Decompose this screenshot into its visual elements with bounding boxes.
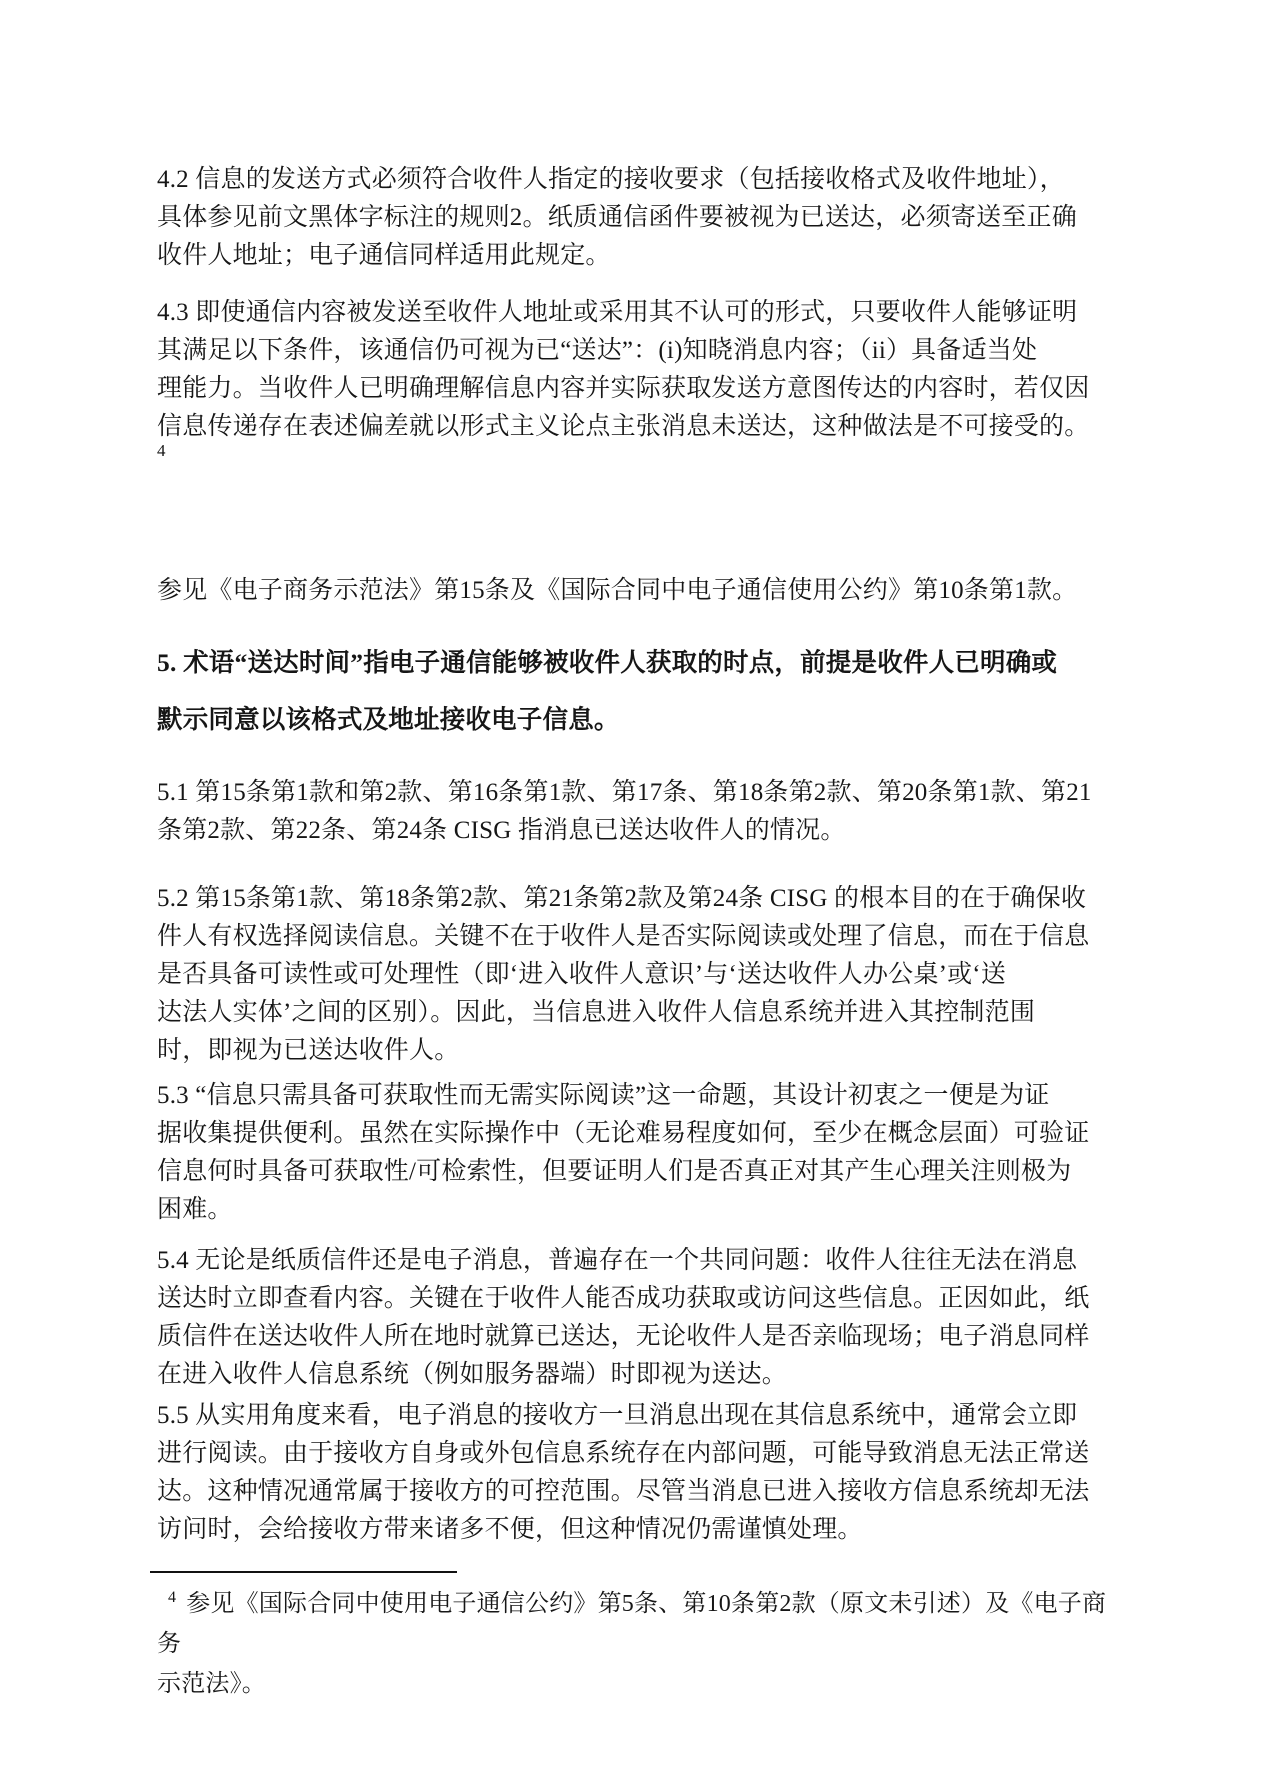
paragraph-4-3: 4.3 即使通信内容被发送至收件人地址或采用其不认可的形式，只要收件人能够证明 … [157, 294, 1115, 446]
paragraph-5-5: 5.5 从实用角度来看，电子消息的接收方一旦消息出现在其信息系统中，通常会立即 … [157, 1397, 1115, 1549]
footnote: 4参见《国际合同中使用电子通信公约》第5条、第10条第2款（原文未引述）及《电子… [157, 1584, 1115, 1704]
paragraph-5-4: 5.4 无论是纸质信件还是电子消息，普遍存在一个共同问题：收件人往往无法在消息 … [157, 1242, 1115, 1394]
footnote-separator [150, 1571, 457, 1573]
document-page: 4.2 信息的发送方式必须符合收件人指定的接收要求（包括接收格式及收件地址）， … [0, 0, 1265, 1791]
paragraph-5-1: 5.1 第15条第1款和第2款、第16条第1款、第17条、第18条第2款、第20… [157, 774, 1115, 850]
footnote-text: 参见《国际合同中使用电子通信公约》第5条、第10条第2款（原文未引述）及《电子商… [157, 1591, 1106, 1697]
document-content: 4.2 信息的发送方式必须符合收件人指定的接收要求（包括接收格式及收件地址）， … [157, 0, 1115, 1704]
heading-5: 5. 术语“送达时间”指电子通信能够被收件人获取的时点，前提是收件人已明确或 默… [157, 634, 1115, 748]
footnote-marker: 4 [168, 1589, 176, 1606]
paragraph-5-3: 5.3 “信息只需具备可获取性而无需实际阅读”这一命题，其设计初衷之一便是为证 … [157, 1077, 1115, 1229]
paragraph-5-2: 5.2 第15条第1款、第18条第2款、第21条第2款及第24条 CISG 的根… [157, 880, 1115, 1070]
paragraph-4-2: 4.2 信息的发送方式必须符合收件人指定的接收要求（包括接收格式及收件地址）， … [157, 161, 1115, 275]
reference-note: 参见《电子商务示范法》第15条及《国际合同中电子通信使用公约》第10条第1款。 [157, 572, 1115, 610]
